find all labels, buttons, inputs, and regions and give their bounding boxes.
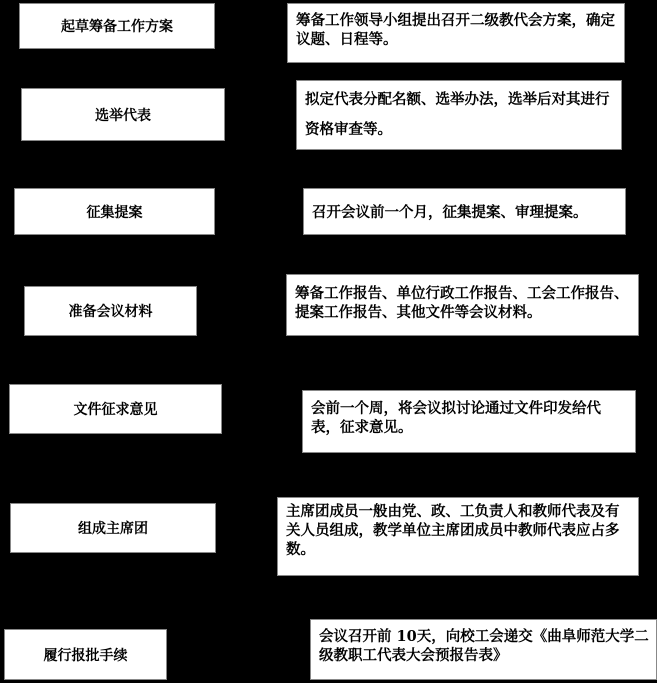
step-description: 主席团成员一般由党、政、工负责人和教师代表及有关人员组成，教学单位主席团成员中教… [286, 503, 620, 558]
step-label: 起草筹备工作方案 [61, 16, 173, 36]
desc-box-7: 会议召开前 10天，向校工会递交《曲阜师范大学二级教职工代表大会预报告表》 [310, 619, 657, 680]
step-description: 拟定代表分配名额、选举办法，选举后对其进行资格审查等。 [305, 91, 610, 138]
step-label: 组成主席团 [78, 518, 148, 538]
step-label: 准备会议材料 [69, 301, 153, 321]
step-description: 会前一个周，将会议拟讨论通过文件印发给代表，征求意见。 [311, 400, 601, 436]
step-description: 筹备工作领导小组提出召开二级教代会方案，确定议题、日程等。 [296, 12, 615, 48]
step-label: 文件征求意见 [74, 399, 158, 419]
desc-box-3: 召开会议前一个月，征集提案、审理提案。 [303, 188, 626, 235]
step-box-3: 征集提案 [14, 188, 215, 235]
step-box-2: 选举代表 [21, 88, 225, 141]
step-description: 召开会议前一个月，征集提案、审理提案。 [312, 204, 588, 221]
step-box-5: 文件征求意见 [9, 384, 222, 434]
step-description: 筹备工作报告、单位行政工作报告、工会工作报告、提案工作报告、其他文件等会议材料。 [295, 285, 629, 321]
step-label: 履行报批手续 [44, 645, 128, 665]
step-label: 征集提案 [87, 202, 143, 222]
desc-box-1: 筹备工作领导小组提出召开二级教代会方案，确定议题、日程等。 [287, 3, 625, 63]
desc-box-6: 主席团成员一般由党、政、工负责人和教师代表及有关人员组成，教学单位主席团成员中教… [277, 497, 639, 576]
desc-box-4: 筹备工作报告、单位行政工作报告、工会工作报告、提案工作报告、其他文件等会议材料。 [286, 274, 639, 336]
step-box-7: 履行报批手续 [4, 629, 167, 680]
step-label: 选举代表 [95, 105, 151, 125]
step-box-6: 组成主席团 [10, 503, 216, 553]
desc-box-5: 会前一个周，将会议拟讨论通过文件印发给代表，征求意见。 [302, 390, 636, 453]
step-box-1: 起草筹备工作方案 [19, 3, 215, 49]
step-description: 会议召开前 10天，向校工会递交《曲阜师范大学二级教职工代表大会预报告表》 [319, 628, 649, 664]
step-box-4: 准备会议材料 [24, 286, 197, 336]
desc-box-2: 拟定代表分配名额、选举办法，选举后对其进行资格审查等。 [296, 80, 622, 150]
